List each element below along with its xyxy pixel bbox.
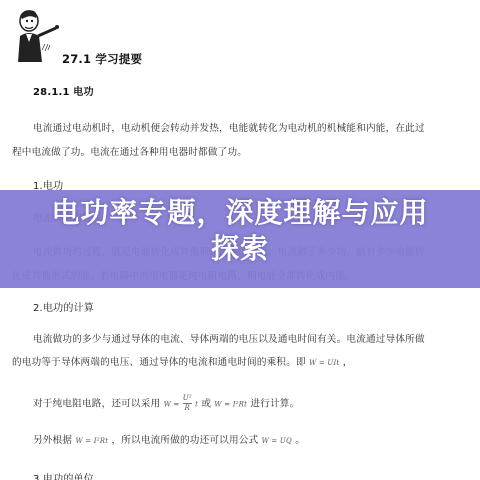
part2-line-1: 电流做功的多少与通过导体的电流、导体两端的电压以及通电时间有关。电流通过导体所做 [33,331,425,345]
part2-pure-resist-line: 对于纯电阻电路，还可以采用 W = U² R t 或 W = I²Rt 进行计算… [33,394,299,413]
part2-heading: 2.电功的计算 [33,299,94,314]
intro-line-1: 电流通过电动机时，电动机便会转动并发热，电能就转化为电动机的机械能和内能，在此过 [33,120,425,134]
banner-title: 电功率专题，深度理解与应用 探索 [0,195,480,267]
document-page: 27.1 学习提要 28.1.1 电功 电流通过电动机时，电动机便会转动并发热，… [0,0,480,480]
cartoon-man-pointing-icon [12,6,60,62]
formula-w-uq: W = UQ [262,437,292,445]
banner-title-line-1: 电功率专题，深度理解与应用 [0,195,480,231]
part2-line-2: 的电功等于导体两端的电压、通过导体的电流和通电时间的乘积。即 W = UIt ， [12,354,353,368]
formula-i2rt-2: W = I²Rt [75,437,108,445]
banner-title-line-2: 探索 [0,231,480,267]
formula-i2rt: W = I²Rt [214,401,247,409]
formula-w-uit: W = UIt [309,359,339,367]
section-title: 27.1 学习提要 [62,51,142,67]
subsection-title: 28.1.1 电功 [33,83,94,98]
intro-line-2: 程中电流做了功。电流在通过各种用电器时都做了功。 [12,144,247,158]
part3-heading: 3.电功的单位 [33,470,94,480]
part2-also-line: 另外根据 W = I²Rt ，所以电流所做的功还可以用公式 W = UQ 。 [33,432,305,446]
formula-u2-over-r: U² R [183,394,192,413]
